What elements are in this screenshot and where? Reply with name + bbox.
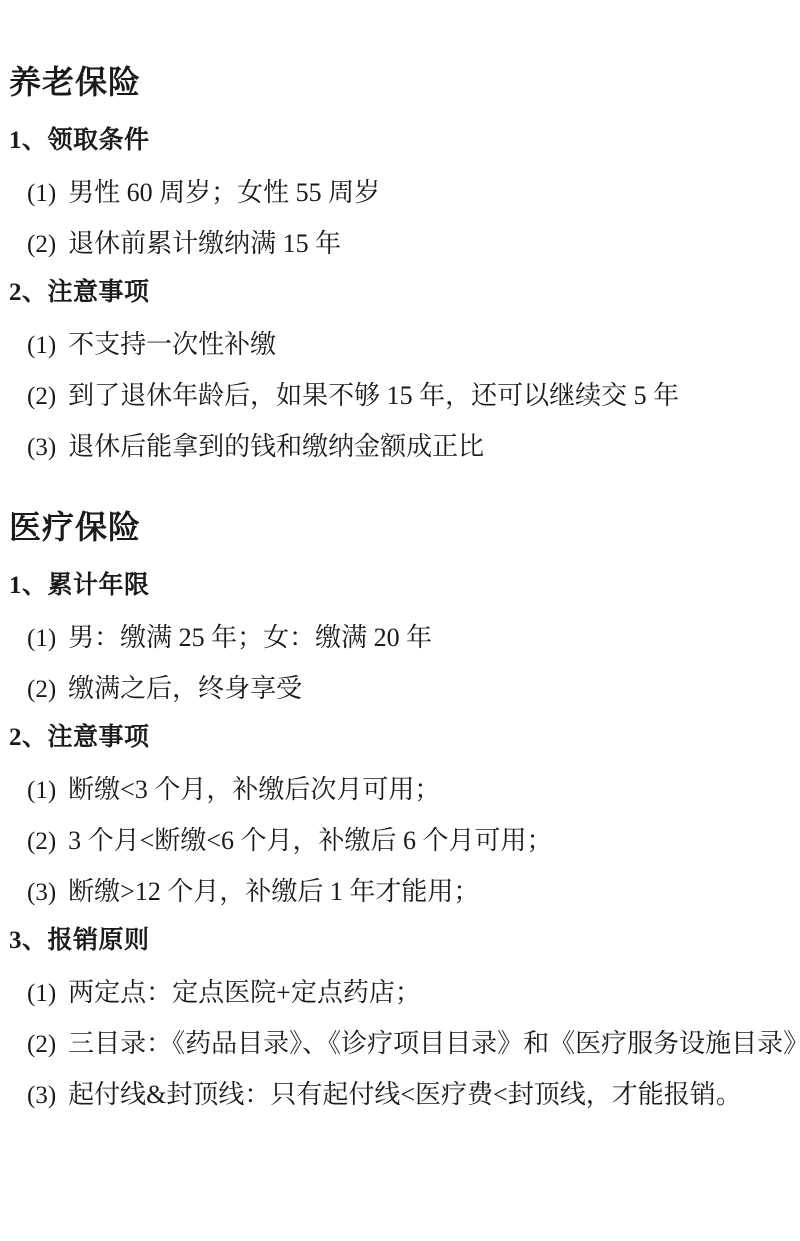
list-item: (1)男：缴满 25 年；女：缴满 20 年: [9, 623, 790, 654]
item-marker: (1): [27, 979, 56, 1009]
item-marker: (3): [27, 433, 56, 463]
list-item: (1)男性 60 周岁；女性 55 周岁: [9, 178, 790, 209]
list-item: (2)退休前累计缴纳满 15 年: [9, 229, 790, 260]
document-page: 养老保险 1、领取条件 (1)男性 60 周岁；女性 55 周岁 (2)退休前累…: [0, 0, 800, 1241]
subsection-heading: 2、注意事项: [9, 280, 790, 306]
item-marker: (1): [27, 776, 56, 806]
subsection-heading: 1、领取条件: [9, 128, 790, 154]
list-item: (1)不支持一次性补缴: [9, 330, 790, 361]
section-title: 养老保险: [9, 66, 790, 98]
item-text: 三目录：《药品目录》、《诊疗项目目录》和《医疗服务设施目录》: [68, 1029, 800, 1058]
item-text: 男：缴满 25 年；女：缴满 20 年: [68, 623, 432, 652]
item-text: 起付线&封顶线：只有起付线<医疗费<封顶线，才能报销。: [68, 1080, 742, 1109]
item-text: 到了退休年龄后，如果不够 15 年，还可以继续交 5 年: [68, 381, 679, 410]
list-item: (3)起付线&封顶线：只有起付线<医疗费<封顶线，才能报销。: [9, 1080, 790, 1111]
item-marker: (1): [27, 624, 56, 654]
list-item: (1)两定点：定点医院+定点药店；: [9, 978, 790, 1009]
item-marker: (2): [27, 230, 56, 260]
subsection-heading: 3、报销原则: [9, 928, 790, 954]
item-marker: (3): [27, 878, 56, 908]
list-item: (2)三目录：《药品目录》、《诊疗项目目录》和《医疗服务设施目录》: [9, 1029, 790, 1060]
item-marker: (2): [27, 827, 56, 857]
list-item: (2)3 个月<断缴<6 个月，补缴后 6 个月可用；: [9, 826, 790, 857]
item-text: 缴满之后，终身享受: [68, 674, 302, 703]
list-item: (2)到了退休年龄后，如果不够 15 年，还可以继续交 5 年: [9, 381, 790, 412]
item-text: 男性 60 周岁；女性 55 周岁: [68, 178, 380, 207]
section-medical-insurance: 医疗保险 1、累计年限 (1)男：缴满 25 年；女：缴满 20 年 (2)缴满…: [9, 511, 790, 1111]
item-marker: (1): [27, 331, 56, 361]
section-pension-insurance: 养老保险 1、领取条件 (1)男性 60 周岁；女性 55 周岁 (2)退休前累…: [9, 66, 790, 463]
item-text: 断缴>12 个月，补缴后 1 年才能用；: [68, 877, 479, 906]
section-title: 医疗保险: [9, 511, 790, 543]
list-item: (1)断缴<3 个月，补缴后次月可用；: [9, 775, 790, 806]
item-text: 两定点：定点医院+定点药店；: [68, 978, 421, 1007]
item-text: 3 个月<断缴<6 个月，补缴后 6 个月可用；: [68, 826, 552, 855]
item-marker: (1): [27, 179, 56, 209]
item-marker: (2): [27, 675, 56, 705]
item-text: 断缴<3 个月，补缴后次月可用；: [68, 775, 440, 804]
item-text: 退休前累计缴纳满 15 年: [68, 229, 341, 258]
item-text: 不支持一次性补缴: [68, 330, 276, 359]
subsection-heading: 1、累计年限: [9, 573, 790, 599]
item-marker: (3): [27, 1081, 56, 1111]
subsection-heading: 2、注意事项: [9, 725, 790, 751]
item-marker: (2): [27, 1030, 56, 1060]
list-item: (3)退休后能拿到的钱和缴纳金额成正比: [9, 432, 790, 463]
item-marker: (2): [27, 382, 56, 412]
item-text: 退休后能拿到的钱和缴纳金额成正比: [68, 432, 484, 461]
list-item: (3)断缴>12 个月，补缴后 1 年才能用；: [9, 877, 790, 908]
list-item: (2)缴满之后，终身享受: [9, 674, 790, 705]
